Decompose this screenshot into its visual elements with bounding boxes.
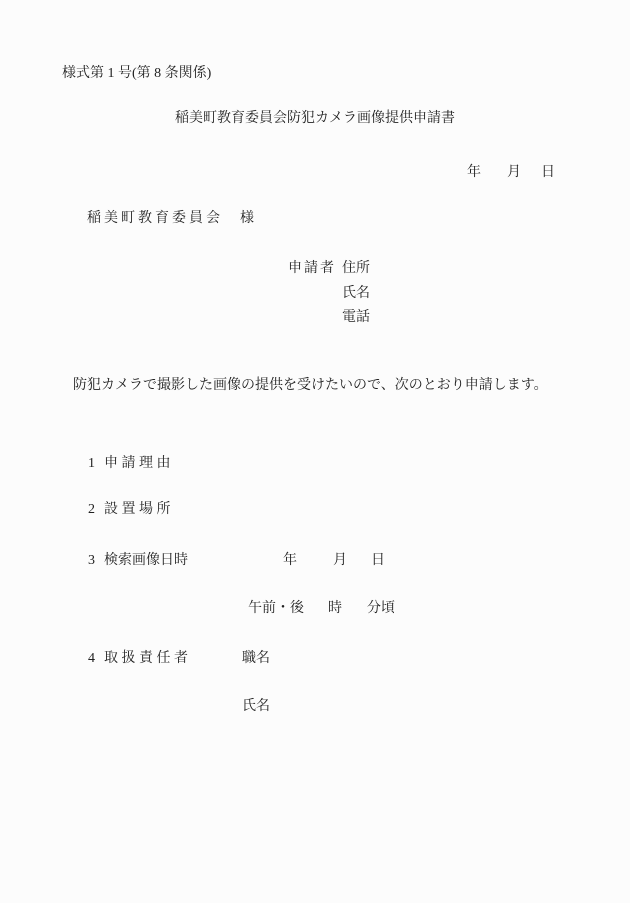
form-number: 様式第 1 号(第 8 条関係) (62, 66, 211, 82)
handler-job-title-label: 職名 (242, 651, 270, 667)
applicant-address-label: 住所 (342, 261, 370, 277)
search-time-hour-label: 時 (328, 601, 342, 617)
addressee: 稲美町教育委員会 様 (87, 211, 257, 227)
item-3-label: 検索画像日時 (104, 553, 188, 569)
header-date-day-label: 日 (541, 165, 555, 181)
search-time-ampm-label: 午前・後 (248, 601, 304, 617)
item-4-label: 取 扱 責 任 者 (104, 651, 188, 667)
header-date-year-label: 年 (467, 165, 481, 181)
handler-name-label: 氏名 (242, 699, 270, 715)
item-1-number: 1 (88, 456, 95, 472)
item-1-label: 申 請 理 由 (104, 456, 171, 472)
item-2-label: 設 置 場 所 (104, 502, 171, 518)
applicant-label: 申請者 (288, 261, 336, 277)
item-4-number: 4 (88, 651, 95, 667)
applicant-name-label: 氏名 (342, 286, 370, 302)
application-form-page: 様式第 1 号(第 8 条関係) 稲美町教育委員会防犯カメラ画像提供申請書 年 … (0, 0, 630, 903)
search-date-month-label: 月 (333, 553, 347, 569)
body-text: 防犯カメラで撮影した画像の提供を受けたいので、次のとおり申請します。 (73, 378, 548, 394)
item-2-number: 2 (88, 502, 95, 518)
document-title: 稲美町教育委員会防犯カメラ画像提供申請書 (0, 111, 630, 127)
item-3-number: 3 (88, 553, 95, 569)
header-date-month-label: 月 (507, 165, 521, 181)
search-date-year-label: 年 (283, 553, 297, 569)
search-date-day-label: 日 (371, 553, 385, 569)
applicant-phone-label: 電話 (342, 310, 370, 326)
search-time-minute-label: 分頃 (367, 601, 395, 617)
